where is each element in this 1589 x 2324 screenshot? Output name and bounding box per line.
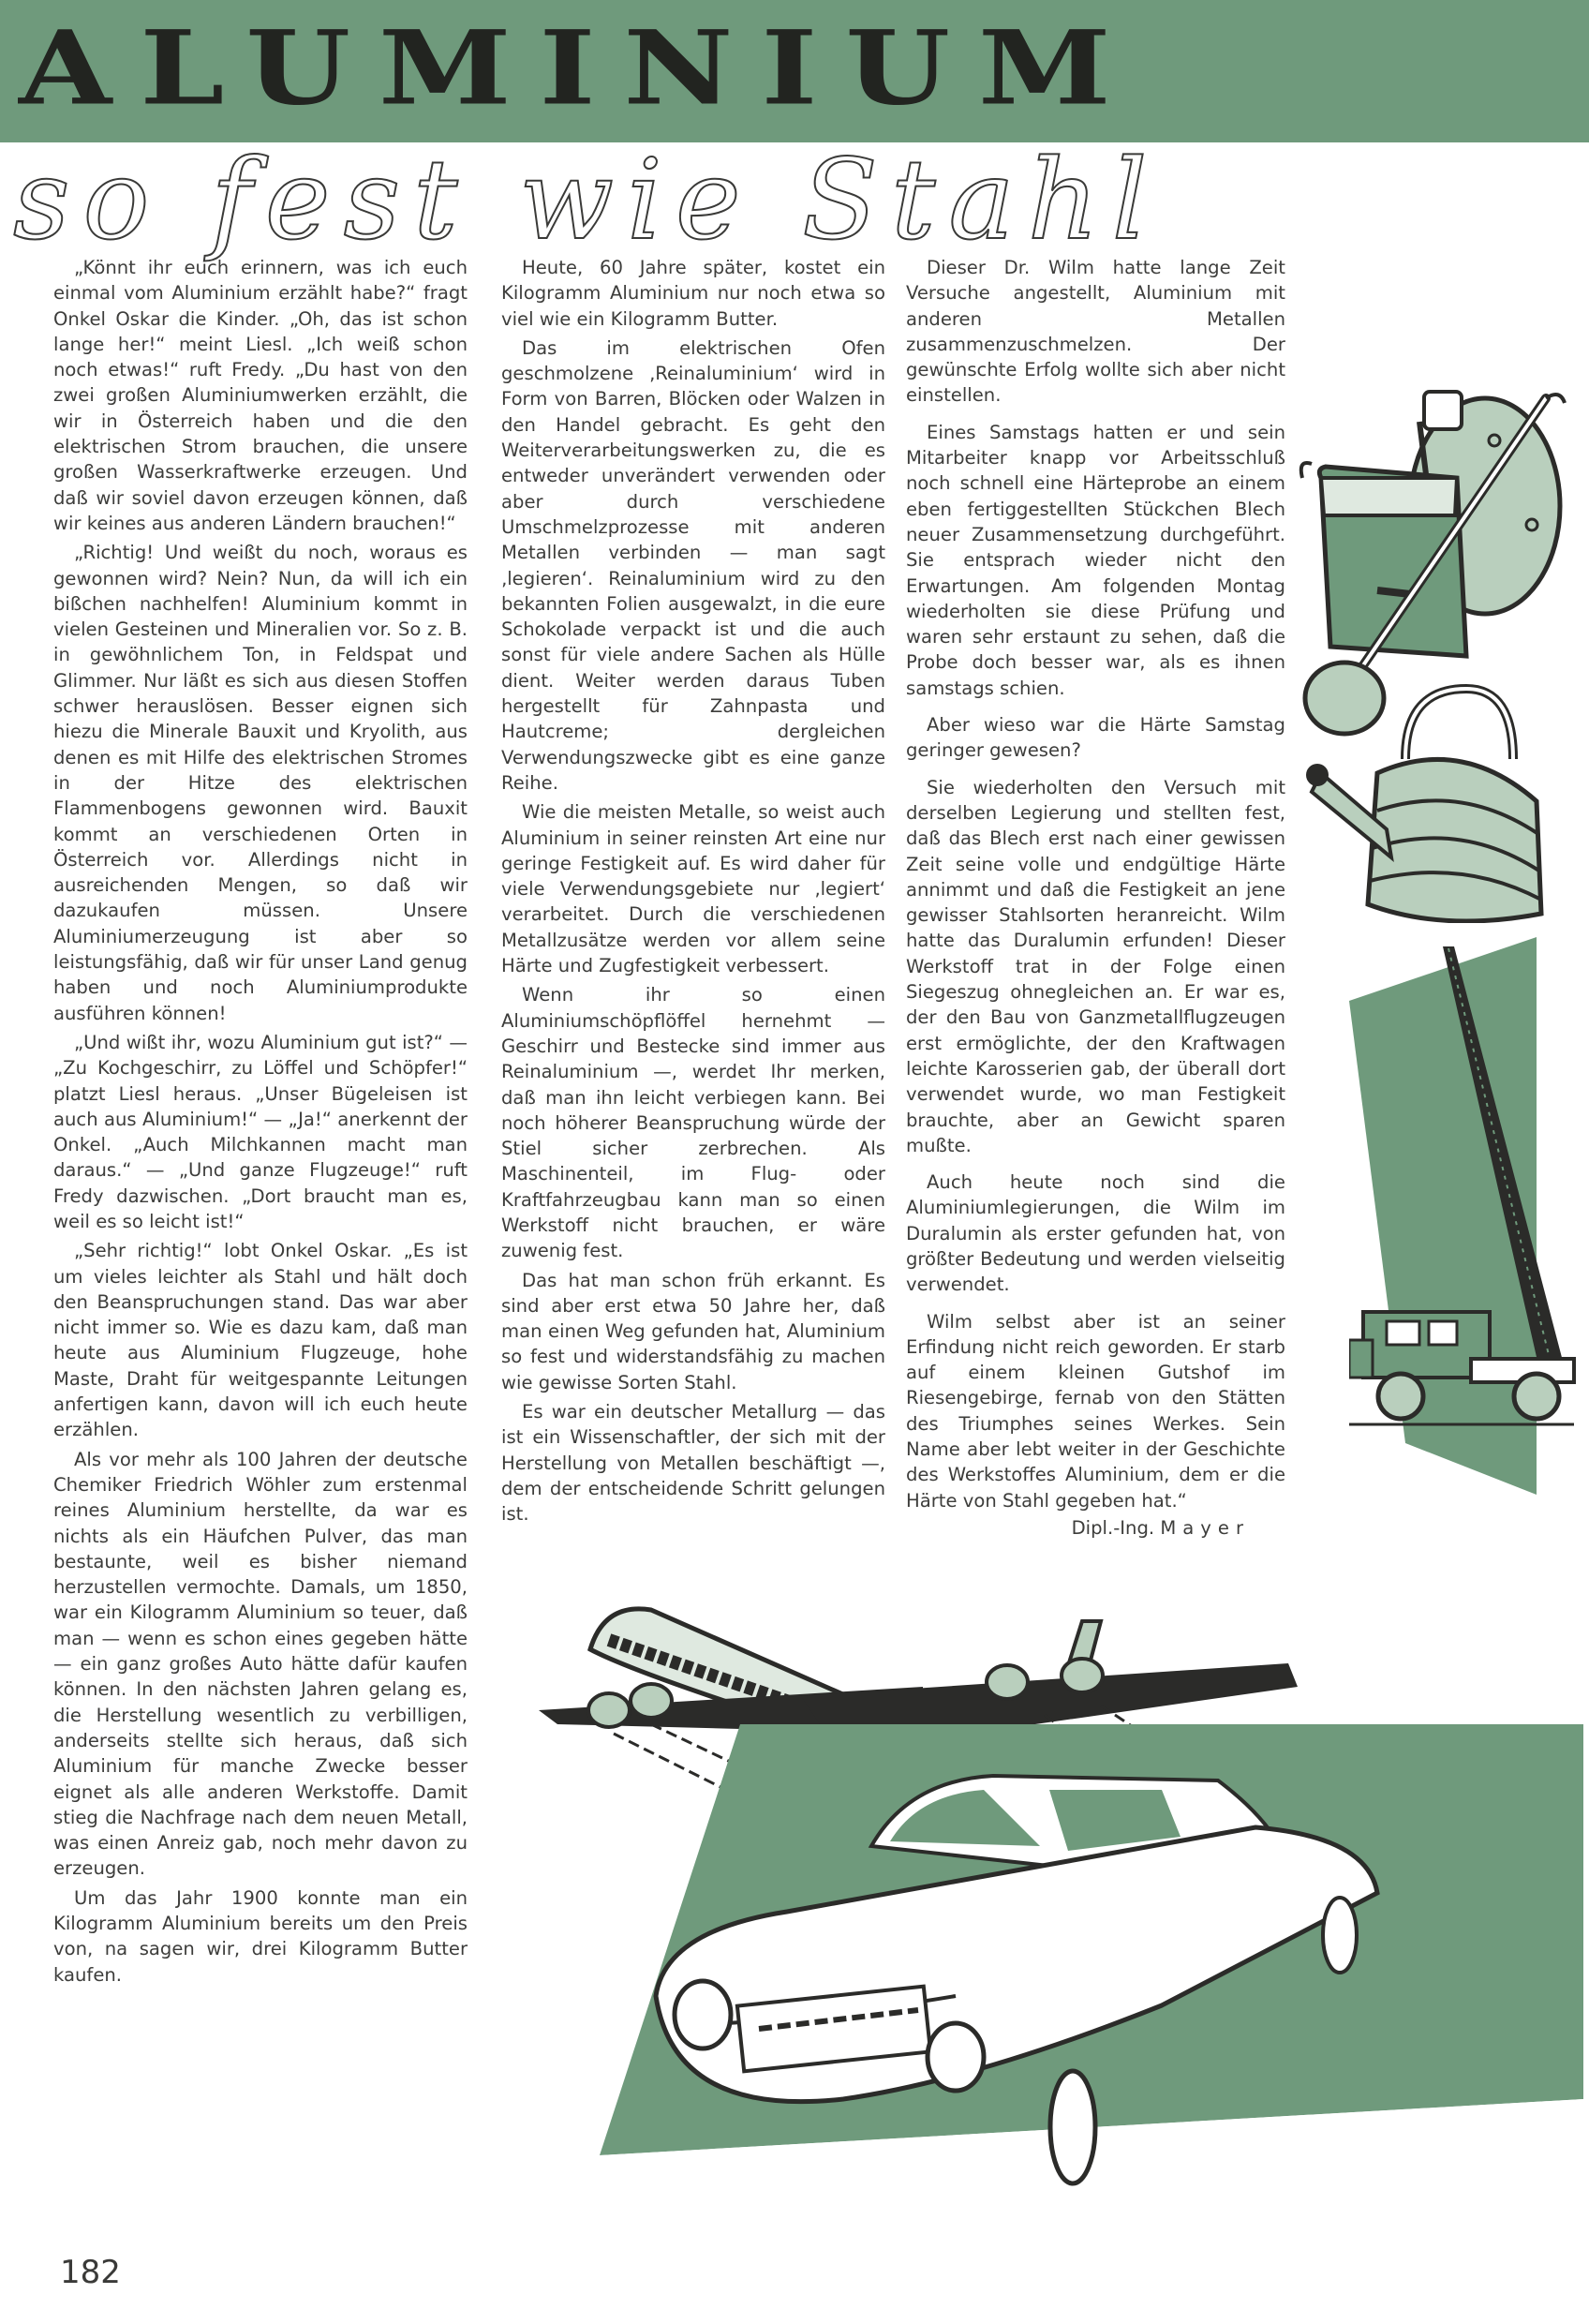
paragraph: Wenn ihr so einen Aluminiumschöpflöffel …: [501, 982, 885, 1263]
paragraph: Eines Samstags hatten er und sein Mitarb…: [906, 420, 1285, 701]
article-column-1: „Könnt ihr euch erinnern, was ich euch e…: [53, 255, 468, 1988]
page-title: ALUMINIUM: [19, 21, 1589, 116]
paragraph: Als vor mehr als 100 Jahren der deutsche…: [53, 1447, 468, 1882]
paragraph: Aber wieso war die Härte Samstag geringe…: [906, 712, 1285, 764]
paragraph: Das im elektrischen Ofen geschmolzene ‚R…: [501, 335, 885, 796]
paragraph: Dieser Dr. Wilm hatte lange Zeit Versuch…: [906, 255, 1285, 409]
paragraph: „Sehr richtig!“ lobt Onkel Oskar. „Es is…: [53, 1238, 468, 1442]
paragraph: „Richtig! Und weißt du noch, woraus es g…: [53, 540, 468, 1026]
paragraph: Sie wiederholten den Versuch mit derselb…: [906, 775, 1285, 1158]
paragraph: „Und wißt ihr, wozu Aluminium gut ist?“ …: [53, 1030, 468, 1234]
kettle-icon: [1302, 670, 1555, 923]
paragraph: Auch heute noch sind die Aluminiumlegier…: [906, 1169, 1285, 1297]
paragraph: Das hat man schon früh erkannt. Es sind …: [501, 1268, 885, 1395]
author-surname: Mayer: [1160, 1517, 1250, 1539]
paragraph: „Könnt ihr euch erinnern, was ich euch e…: [53, 255, 468, 536]
article-column-2: Heute, 60 Jahre später, kostet ein Kilog…: [501, 255, 885, 1527]
paragraph: Es war ein deutscher Metallurg — das ist…: [501, 1399, 885, 1527]
page-number: 182: [60, 2254, 121, 2291]
futuristic-car-icon: [600, 1724, 1589, 2193]
paragraph: Heute, 60 Jahre später, kostet ein Kilog…: [501, 255, 885, 332]
paragraph: Wie die meisten Metalle, so weist auch A…: [501, 799, 885, 978]
page-subtitle: so fest wie Stahl: [13, 148, 1161, 251]
author-title: Dipl.-Ing.: [1072, 1517, 1155, 1539]
paragraph: Wilm selbst aber ist an seiner Erfindung…: [906, 1309, 1285, 1513]
paragraph: Um das Jahr 1900 konnte man ein Kilogram…: [53, 1885, 468, 1988]
article-column-3: Dieser Dr. Wilm hatte lange Zeit Versuch…: [906, 255, 1285, 1541]
author-signature: Dipl.-Ing. Mayer: [906, 1515, 1285, 1541]
